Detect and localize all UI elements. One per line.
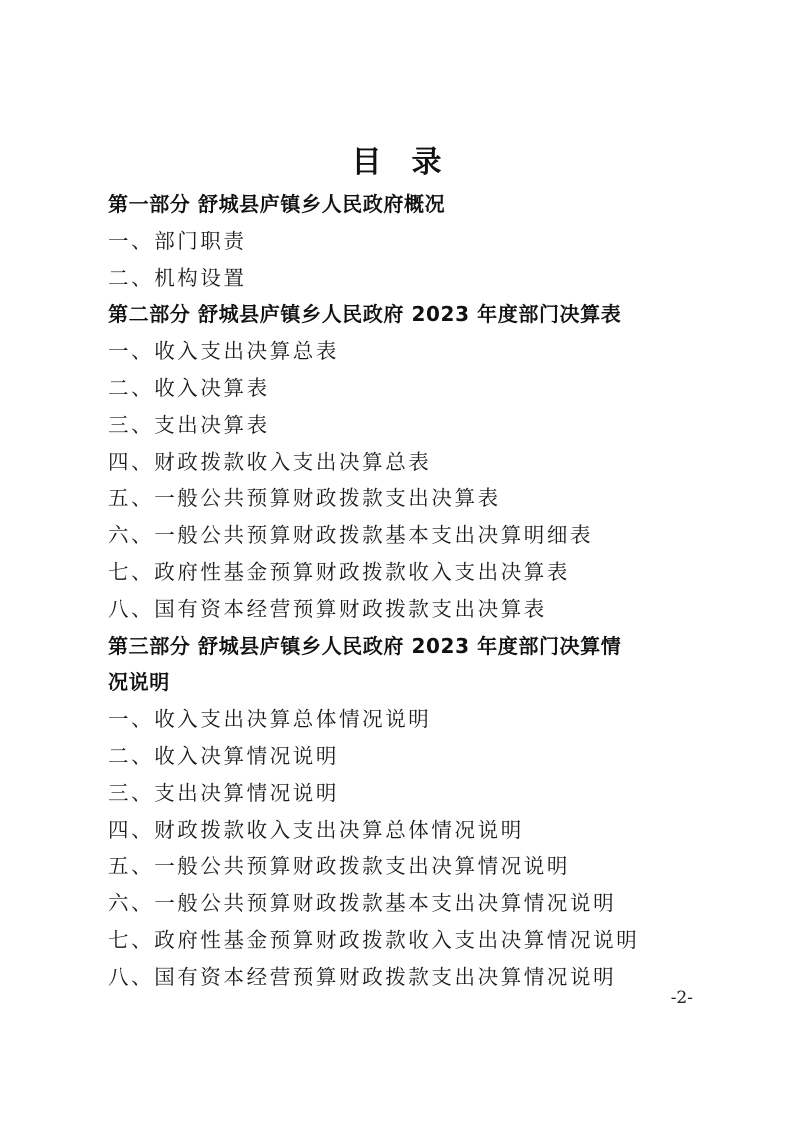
toc-item: 三、支出决算表 — [108, 407, 708, 444]
toc-item: 五、一般公共预算财政拨款支出决算表 — [108, 480, 708, 517]
toc-item: 六、一般公共预算财政拨款基本支出决算情况说明 — [108, 885, 708, 922]
toc-part-1-heading: 第一部分 舒城县庐镇乡人民政府概况 — [108, 186, 708, 223]
toc-item: 八、国有资本经营预算财政拨款支出决算表 — [108, 591, 708, 628]
toc-item: 一、收入支出决算总表 — [108, 333, 708, 370]
toc-item: 七、政府性基金预算财政拨款收入支出决算情况说明 — [108, 922, 708, 959]
toc-item: 五、一般公共预算财政拨款支出决算情况说明 — [108, 848, 708, 885]
toc-item: 二、收入决算表 — [108, 370, 708, 407]
toc-item: 一、收入支出决算总体情况说明 — [108, 701, 708, 738]
toc-part-3-heading-continued: 况说明 — [108, 664, 708, 701]
page-title: 目录 — [0, 143, 793, 183]
toc-part-2-heading: 第二部分 舒城县庐镇乡人民政府 2023 年度部门决算表 — [108, 296, 708, 333]
toc-item: 二、机构设置 — [108, 260, 708, 297]
toc-part-3-heading: 第三部分 舒城县庐镇乡人民政府 2023 年度部门决算情 — [108, 628, 708, 665]
toc-item: 四、财政拨款收入支出决算总体情况说明 — [108, 812, 708, 849]
toc-item: 四、财政拨款收入支出决算总表 — [108, 444, 708, 481]
toc-item: 三、支出决算情况说明 — [108, 775, 708, 812]
table-of-contents: 第一部分 舒城县庐镇乡人民政府概况 一、部门职责 二、机构设置 第二部分 舒城县… — [108, 186, 708, 996]
toc-item: 八、国有资本经营预算财政拨款支出决算情况说明 — [108, 959, 708, 996]
toc-item: 七、政府性基金预算财政拨款收入支出决算表 — [108, 554, 708, 591]
toc-item: 一、部门职责 — [108, 223, 708, 260]
document-page: 目录 第一部分 舒城县庐镇乡人民政府概况 一、部门职责 二、机构设置 第二部分 … — [0, 0, 793, 1122]
page-number: -2- — [671, 988, 693, 1008]
toc-item: 二、收入决算情况说明 — [108, 738, 708, 775]
toc-item: 六、一般公共预算财政拨款基本支出决算明细表 — [108, 517, 708, 554]
